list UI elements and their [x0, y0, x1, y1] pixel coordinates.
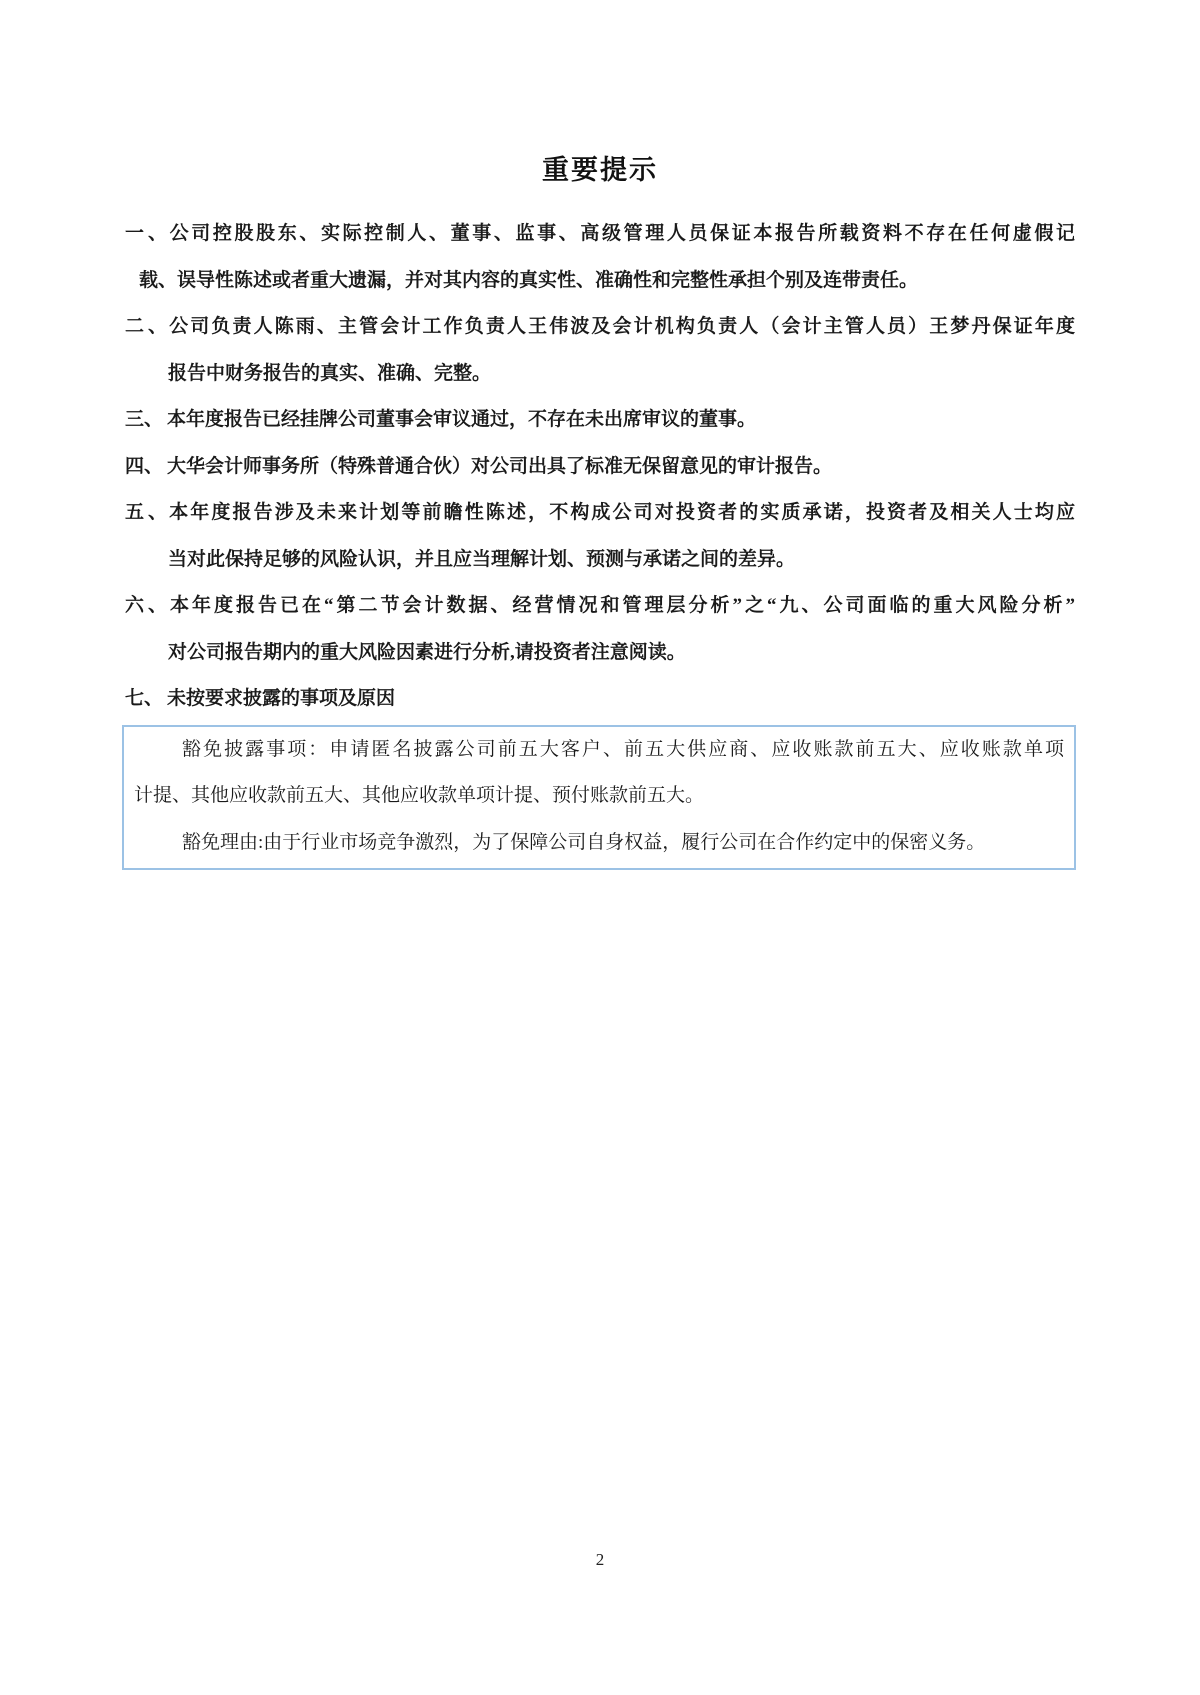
document-page: 重要提示 一、公司控股股东、实际控制人、董事、监事、高级管理人员保证本报告所载资…: [0, 0, 1200, 1695]
exemption-items-paragraph: 豁免披露事项：申请匿名披露公司前五大客户、前五大供应商、应收账款前五大、应收账款…: [134, 727, 1064, 820]
item-text: 未按要求披露的事项及原因: [167, 688, 395, 709]
notice-list: 一、公司控股股东、实际控制人、董事、监事、高级管理人员保证本报告所载资料不存在任…: [125, 211, 1075, 870]
exemption-line: 豁免披露事项：申请匿名披露公司前五大客户、前五大供应商、应收账款前五大、应收账款…: [134, 727, 1064, 774]
notice-item-line: 七、未按要求披露的事项及原因: [125, 676, 1075, 723]
exemption-box: 豁免披露事项：申请匿名披露公司前五大客户、前五大供应商、应收账款前五大、应收账款…: [122, 725, 1076, 871]
notice-item-1: 一、公司控股股东、实际控制人、董事、监事、高级管理人员保证本报告所载资料不存在任…: [125, 211, 1075, 304]
notice-item-line: 五、本年度报告涉及未来计划等前瞻性陈述，不构成公司对投资者的实质承诺，投资者及相…: [125, 490, 1075, 537]
notice-item-line: 当对此保持足够的风险认识，并且应当理解计划、预测与承诺之间的差异。: [125, 537, 1075, 584]
item-text: 公司控股股东、实际控制人、董事、监事、高级管理人员保证本报告所载资料不存在任何虚…: [167, 223, 1075, 244]
item-number: 三、: [125, 397, 167, 444]
item-number: 七、: [125, 676, 167, 723]
notice-item-line: 报告中财务报告的真实、准确、完整。: [125, 351, 1075, 398]
exemption-line: 计提、其他应收款前五大、其他应收款单项计提、预付账款前五大。: [134, 773, 1064, 820]
notice-item-line: 三、本年度报告已经挂牌公司董事会审议通过，不存在未出席审议的董事。: [125, 397, 1075, 444]
item-text: 本年度报告已经挂牌公司董事会审议通过，不存在未出席审议的董事。: [167, 409, 756, 430]
item-text: 公司负责人陈雨、主管会计工作负责人王伟波及会计机构负责人（会计主管人员）王梦丹保…: [167, 316, 1075, 337]
notice-item-2: 二、公司负责人陈雨、主管会计工作负责人王伟波及会计机构负责人（会计主管人员）王梦…: [125, 304, 1075, 397]
notice-item-line: 一、公司控股股东、实际控制人、董事、监事、高级管理人员保证本报告所载资料不存在任…: [125, 211, 1075, 258]
exemption-line: 豁免理由:由于行业市场竞争激烈，为了保障公司自身权益，履行公司在合作约定中的保密…: [134, 820, 1064, 867]
notice-item-line: 二、公司负责人陈雨、主管会计工作负责人王伟波及会计机构负责人（会计主管人员）王梦…: [125, 304, 1075, 351]
item-number: 五、: [125, 490, 167, 537]
notice-item-4: 四、大华会计师事务所（特殊普通合伙）对公司出具了标准无保留意见的审计报告。: [125, 444, 1075, 491]
exemption-reason-paragraph: 豁免理由:由于行业市场竞争激烈，为了保障公司自身权益，履行公司在合作约定中的保密…: [134, 820, 1064, 867]
notice-item-3: 三、本年度报告已经挂牌公司董事会审议通过，不存在未出席审议的董事。: [125, 397, 1075, 444]
item-text: 本年度报告涉及未来计划等前瞻性陈述，不构成公司对投资者的实质承诺，投资者及相关人…: [167, 502, 1075, 523]
item-text: 本年度报告已在“第二节会计数据、经营情况和管理层分析”之“九、公司面临的重大风险…: [167, 595, 1075, 616]
notice-item-line: 六、本年度报告已在“第二节会计数据、经营情况和管理层分析”之“九、公司面临的重大…: [125, 583, 1075, 630]
notice-item-line: 四、大华会计师事务所（特殊普通合伙）对公司出具了标准无保留意见的审计报告。: [125, 444, 1075, 491]
item-number: 二、: [125, 304, 167, 351]
item-text: 大华会计师事务所（特殊普通合伙）对公司出具了标准无保留意见的审计报告。: [167, 456, 832, 477]
item-number: 六、: [125, 583, 167, 630]
notice-item-6: 六、本年度报告已在“第二节会计数据、经营情况和管理层分析”之“九、公司面临的重大…: [125, 583, 1075, 676]
notice-item-line: 载、误导性陈述或者重大遗漏，并对其内容的真实性、准确性和完整性承担个别及连带责任…: [125, 258, 1075, 305]
item-number: 一、: [125, 211, 167, 258]
page-title: 重要提示: [0, 148, 1200, 187]
notice-item-line: 对公司报告期内的重大风险因素进行分析,请投资者注意阅读。: [125, 630, 1075, 677]
notice-item-5: 五、本年度报告涉及未来计划等前瞻性陈述，不构成公司对投资者的实质承诺，投资者及相…: [125, 490, 1075, 583]
page-number: 2: [0, 1548, 1200, 1572]
notice-item-7: 七、未按要求披露的事项及原因: [125, 676, 1075, 723]
item-number: 四、: [125, 444, 167, 491]
